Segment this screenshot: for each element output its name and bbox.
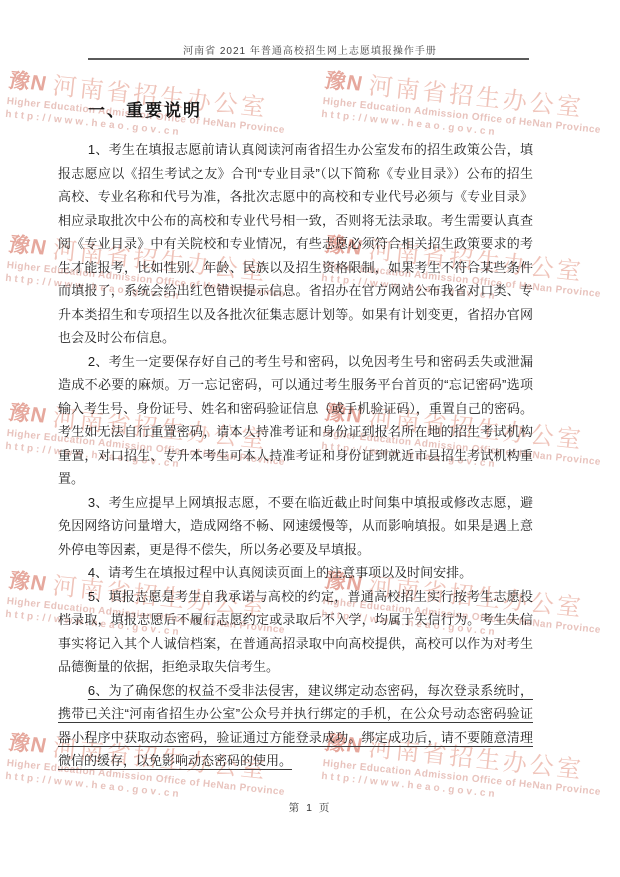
- heao-logo-icon: 豫N: [7, 234, 49, 259]
- watermark-english: Higher Education Admission Office of HeN…: [322, 97, 620, 139]
- heao-logo-icon: 豫N: [7, 570, 49, 595]
- heao-logo-icon: 豫N: [7, 732, 49, 757]
- header-rule: [88, 58, 529, 60]
- watermark-name: 河南省招生办公室: [367, 75, 584, 121]
- body-text: 1、考生在填报志愿前请认真阅读河南省招生办公室发布的招生政策公告，填报志愿应以《…: [58, 138, 533, 773]
- paragraph-2: 2、考生一定要保存好自己的考生号和密码，以免因考生号和密码丢失或泄漏造成不必要的…: [58, 350, 533, 491]
- paragraph-5: 5、填报志愿是考生自我承诺与高校的约定，普通高校招生实行按考生志愿投档录取，填报…: [58, 585, 533, 679]
- paragraph-1: 1、考生在填报志愿前请认真阅读河南省招生办公室发布的招生政策公告，填报志愿应以《…: [58, 138, 533, 350]
- paragraph-6: 6、为了确保您的权益不受非法侵害，建议绑定动态密码，每次登录系统时，携带已关注“…: [58, 679, 533, 773]
- heao-logo-icon: 豫N: [323, 70, 365, 95]
- paragraph-3: 3、考生应提早上网填报志愿，不要在临近截止时间集中填报或修改志愿，避免因网络访问…: [58, 491, 533, 562]
- running-header: 河南省 2021 年普通高校招生网上志愿填报操作手册: [0, 42, 620, 57]
- heao-logo-icon: 豫N: [7, 402, 49, 427]
- paragraph-4: 4、请考生在填报过程中认真阅读页面上的注意事项以及时间安排。: [58, 561, 533, 585]
- heao-logo-icon: 豫N: [7, 70, 49, 95]
- document-page: 豫N河南省招生办公室 Higher Education Admission Of…: [0, 0, 620, 877]
- section-heading: 一、重要说明: [88, 96, 202, 121]
- page-number: 第 1 页: [0, 800, 620, 815]
